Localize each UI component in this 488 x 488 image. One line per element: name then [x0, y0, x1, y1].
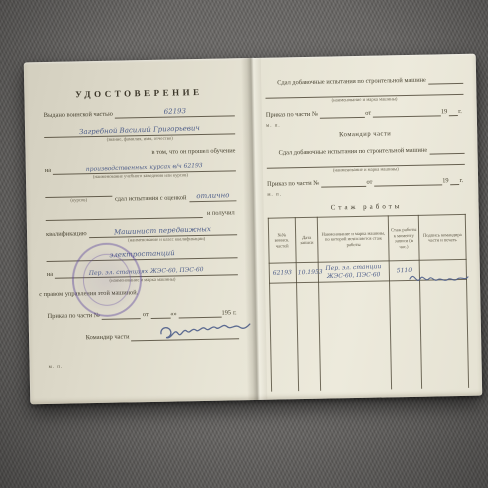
empty-table-row	[270, 279, 469, 391]
order-number-blank	[102, 316, 141, 320]
empty-cell-signature	[420, 279, 469, 388]
received-label: и получил	[203, 209, 237, 218]
issued-by-line: Выдано воинской частью 62193	[44, 106, 235, 120]
cell-machine: Пер. эл. станции ЖЭС-60, ПЭС-60	[319, 261, 390, 282]
order-ot-r2: от	[366, 179, 374, 187]
right-page: Сдал добавочные испытания по строительно…	[250, 54, 483, 400]
col-header-signature: Подпись командира части и печать	[419, 215, 467, 261]
kursov-caption: (курсов)	[45, 198, 112, 205]
work-record-table: №№ воинск. частей Дата записи Наименован…	[268, 214, 469, 391]
commander-signature-blank	[132, 336, 240, 341]
kursov-blank-wrap: (курсов)	[45, 188, 112, 205]
photo-of-certificate-on-fabric: УДОСТОВЕРЕНИЕ Выдано воинской частью 621…	[0, 0, 488, 488]
empty-cell-date	[296, 282, 321, 391]
course-handwriting: производственных курсах в/ч 62193	[86, 162, 203, 173]
extra-exam-blank-2a	[429, 151, 464, 155]
extra-exam-line-2: Сдал добавочные испытания по строительно…	[266, 146, 464, 158]
qualification-blank2: электростанций	[46, 248, 237, 262]
order-prefix-r2: Приказ по части №	[267, 180, 321, 189]
work-table-title: Стаж работы	[268, 201, 466, 213]
certificate-title: УДОСТОВЕРЕНИЕ	[43, 86, 234, 100]
qualification-handwriting: Машинист передвижных	[114, 225, 211, 237]
mp-label-r2: м. п.	[267, 189, 465, 198]
unit-number-blank: 62193	[115, 106, 235, 118]
commander-signature	[155, 316, 251, 344]
cell-signature	[419, 260, 466, 280]
commander-spacer	[48, 342, 86, 343]
left-page: УДОСТОВЕРЕНИЕ Выдано воинской частью 621…	[24, 58, 257, 404]
qualification-line2: электростанций	[46, 248, 237, 262]
extra-exam-blank-1a	[428, 81, 463, 85]
kursov-blank	[45, 188, 112, 198]
col-header-machine: Наименование и марка машины, по которой …	[318, 216, 389, 262]
exam-label: сдал испытания с оценкой	[112, 194, 190, 203]
round-stamp	[71, 242, 142, 317]
grade-blank: отлично	[189, 191, 236, 202]
cell-date: 10.1953	[296, 263, 319, 283]
order-number-blank-r2	[321, 184, 366, 188]
holder-name-handwriting: Загребной Василий Григорьевич	[79, 124, 200, 137]
order-line-r2: Приказ по части № от 19 г.	[267, 177, 465, 189]
extra-exam-text-2: Сдал добавочные испытания по строительно…	[266, 146, 429, 157]
na-label: на	[45, 166, 53, 174]
order-date-blank-r1	[373, 113, 441, 117]
commander-label: Командир части	[86, 334, 132, 343]
extra-exam-line-1: Сдал добавочные испытания по строительно…	[265, 76, 463, 88]
order-year-blank-r1	[449, 113, 458, 116]
row-signature	[408, 264, 470, 287]
order-year-r2: 19	[442, 177, 451, 185]
empty-cell-unit	[270, 282, 299, 391]
exam-line: (курсов) сдал испытания с оценкой отличн…	[45, 186, 236, 205]
commander-line: Командир части	[48, 331, 239, 343]
commander-label-r1: Командир части	[266, 129, 464, 140]
machine-handwriting-row: Пер. эл. станции ЖЭС-60, ПЭС-60	[320, 263, 388, 280]
work-table-header: №№ воинск. частей Дата записи Наименован…	[268, 215, 466, 264]
cell-unit: 62193	[269, 263, 296, 283]
order-prefix-r1: Приказ по части №	[266, 110, 320, 119]
unit-number-handwriting: 62193	[163, 107, 186, 116]
order-year-blank-r2	[451, 182, 460, 185]
order-number-blank-r1	[320, 114, 365, 118]
received-line: и получил	[46, 209, 237, 221]
grade-handwriting: отлично	[196, 191, 229, 201]
empty-cell-machine	[319, 280, 392, 390]
received-blank	[46, 215, 203, 221]
statement-text: в том, что он прошел обучение	[44, 147, 235, 158]
mp-label-r1: м. п.	[266, 120, 464, 129]
certificate-document: УДОСТОВЕРЕНИЕ Выдано воинской частью 621…	[24, 54, 482, 405]
mp-label-left: м. п.	[49, 361, 240, 370]
issued-by-label: Выдано воинской частью	[44, 111, 115, 120]
col-header-hours: Стаж работы к моменту записи (в час.)	[388, 216, 419, 262]
col-header-date: Дата записи	[295, 218, 319, 263]
work-record-row: 62193 10.1953 Пер. эл. станции ЖЭС-60, П…	[269, 260, 466, 283]
extra-exam-text-1: Сдал добавочные испытания по строительно…	[265, 77, 428, 88]
order-g-r1: г.	[458, 108, 464, 116]
col-header-unit: №№ воинск. частей	[268, 218, 295, 264]
order-year-r1: 19	[441, 108, 450, 116]
order-g-r2: г.	[460, 177, 466, 185]
empty-cell-hours	[390, 280, 422, 389]
order-ot: от	[141, 311, 151, 319]
machine-na-label: на	[47, 270, 55, 278]
unit-handwriting: 62193	[273, 269, 292, 277]
order-ot-r1: от	[365, 109, 373, 117]
order-date-blank-r2	[374, 183, 442, 187]
qualification-label: квалификацию	[46, 230, 89, 239]
order-line-r1: Приказ по части № от 19 г.	[266, 108, 464, 120]
